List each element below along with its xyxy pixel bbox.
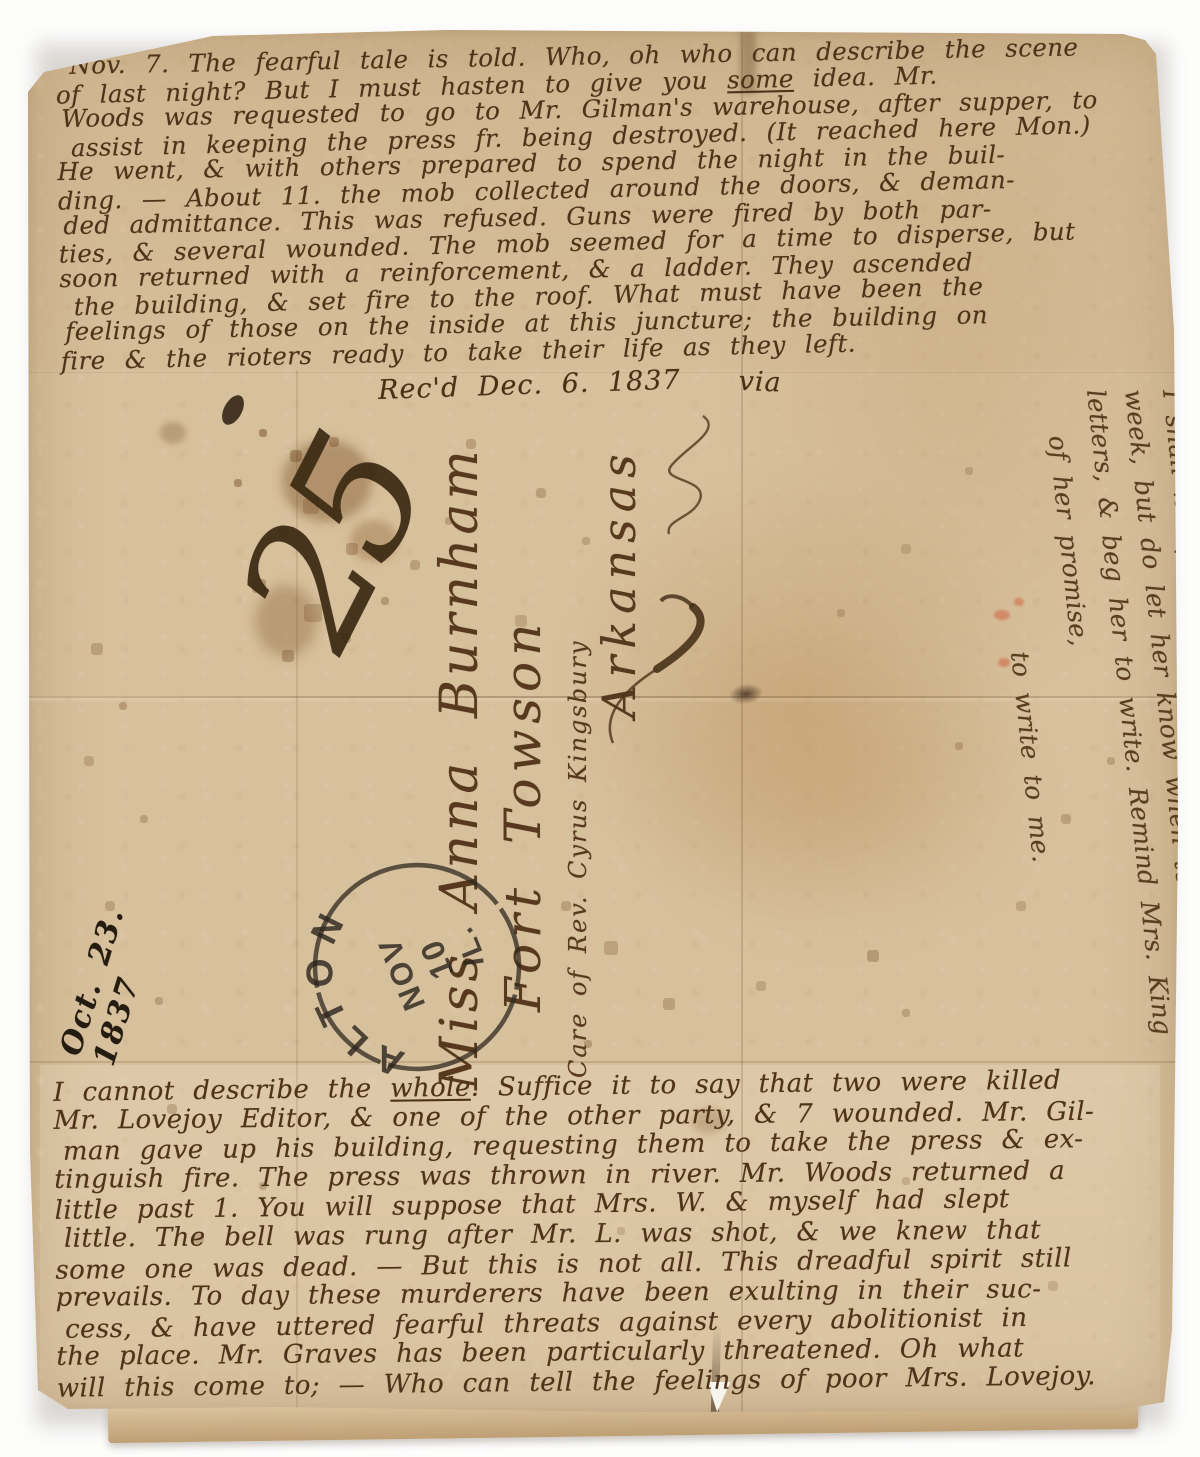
letter-body-bottom: I cannot describe the whole. Suffice it … xyxy=(53,1065,1172,1404)
letter-page: Nov. 7. The fearful tale is told. Who, o… xyxy=(28,30,1178,1412)
letter-body-top: Nov. 7. The fearful tale is told. Who, o… xyxy=(55,33,1171,372)
pen-swash xyxy=(565,585,735,755)
underlined-word: whole xyxy=(390,1073,471,1104)
cross-writing: I shall not probably write to Miss Cloug… xyxy=(1000,390,1178,1090)
stain-speckles xyxy=(28,30,30,32)
scan-background: Nov. 7. The fearful tale is told. Who, o… xyxy=(0,0,1200,1457)
underlined-word: some xyxy=(727,63,794,94)
postmark-alton: ALTON IL. NOV 10 xyxy=(306,856,528,1078)
text-segment: idea. Mr. xyxy=(793,60,938,92)
received-docket-via: via xyxy=(738,366,782,398)
ink-stain-blob xyxy=(160,422,186,444)
